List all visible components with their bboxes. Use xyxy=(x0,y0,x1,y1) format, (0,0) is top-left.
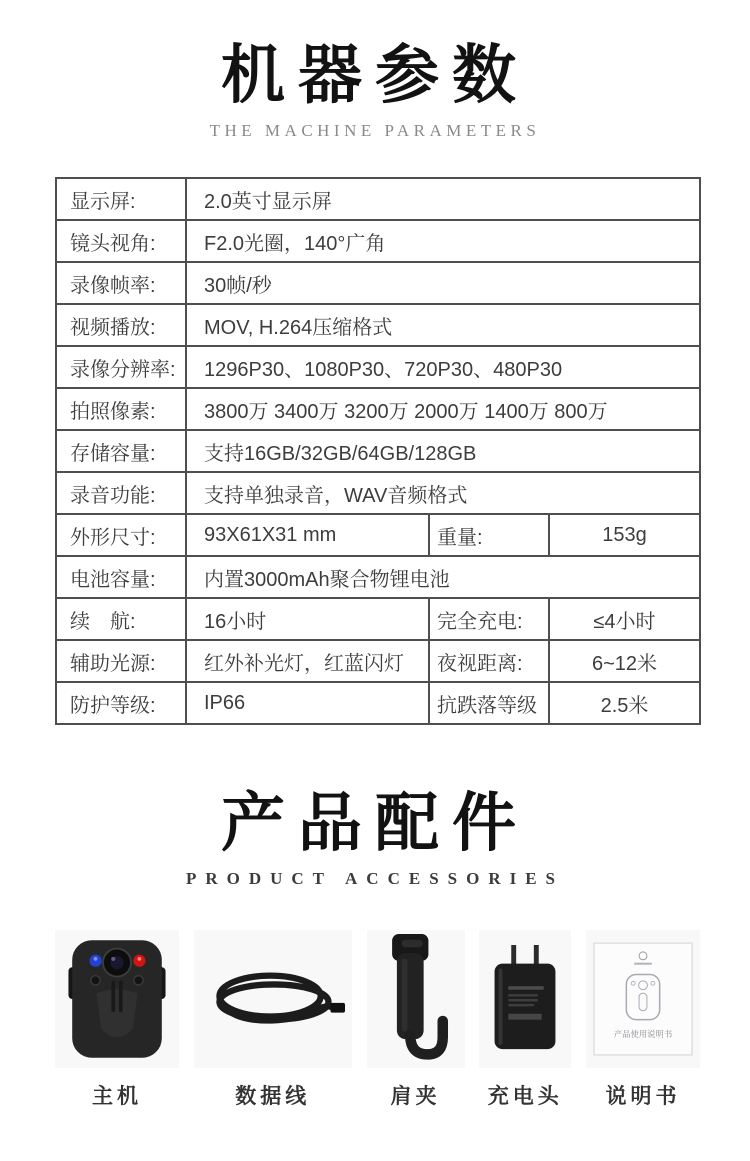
spec-label-cell: 录音功能: xyxy=(57,473,187,515)
product-spec-page: 机器参数 THE MACHINE PARAMETERS 显示屏: 2.0英寸显示… xyxy=(0,0,750,1161)
accessory-label: 说明书 xyxy=(606,1080,681,1110)
spec-value-cell: 红外补光灯，红蓝闪灯 xyxy=(187,641,430,683)
spec-label-cell: 续 航: xyxy=(57,599,187,641)
product-accessories-subtitle: PRODUCT ACCESSORIES xyxy=(0,869,750,889)
spec-value-cell: 支持16GB/32GB/64GB/128GB xyxy=(187,431,701,473)
body-camera-icon xyxy=(55,930,179,1068)
spec-value-cell: 2.5米 xyxy=(550,683,701,725)
machine-parameters-subtitle: THE MACHINE PARAMETERS xyxy=(0,121,750,141)
charger-icon xyxy=(479,930,571,1068)
spec-label-cell: 显示屏: xyxy=(57,179,187,221)
spec-label-cell: 防护等级: xyxy=(57,683,187,725)
spec-value-cell: 支持单独录音，WAV音频格式 xyxy=(187,473,701,515)
accessory-label: 充电头 xyxy=(488,1080,563,1110)
manual-cover-text: 产品使用说明书 xyxy=(614,1029,673,1039)
spec-label-cell: 辅助光源: xyxy=(57,641,187,683)
spec-label-cell: 完全充电: xyxy=(430,599,550,641)
usb-cable-icon xyxy=(194,930,352,1068)
spec-label-cell: 重量: xyxy=(430,515,550,557)
spec-label-cell: 录像分辨率: xyxy=(57,347,187,389)
spec-value-cell: 2.0英寸显示屏 xyxy=(187,179,701,221)
spec-value-cell: 6~12米 xyxy=(550,641,701,683)
spec-label-cell: 拍照像素: xyxy=(57,389,187,431)
spec-label-cell: 视频播放: xyxy=(57,305,187,347)
shoulder-clip-icon xyxy=(367,930,465,1068)
spec-value-cell: ≤4小时 xyxy=(550,599,701,641)
spec-label-cell: 电池容量: xyxy=(57,557,187,599)
spec-value-cell: 内置3000mAh聚合物锂电池 xyxy=(187,557,701,599)
accessory-label: 主机 xyxy=(92,1080,142,1110)
accessory-item-clip: 肩夹 xyxy=(367,930,465,1110)
accessory-item-manual: 产品使用说明书 说明书 xyxy=(586,930,700,1110)
accessory-label: 肩夹 xyxy=(391,1080,441,1110)
accessory-label: 数据线 xyxy=(235,1080,310,1110)
product-accessories-title: 产品配件 xyxy=(0,788,750,858)
spec-value-cell: MOV, H.264压缩格式 xyxy=(187,305,701,347)
accessory-item-main-unit: 主机 xyxy=(55,930,179,1110)
spec-value-cell: 30帧/秒 xyxy=(187,263,701,305)
spec-label-cell: 镜头视角: xyxy=(57,221,187,263)
spec-table: 显示屏: 2.0英寸显示屏 镜头视角: F2.0光圈，140°广角 录像帧率: … xyxy=(55,177,701,725)
accessories-strip: 主机 数据线 xyxy=(55,930,700,1110)
accessory-item-cable: 数据线 xyxy=(194,930,352,1110)
spec-value-cell: IP66 xyxy=(187,683,430,725)
spec-label-cell: 抗跌落等级 xyxy=(430,683,550,725)
spec-label-cell: 夜视距离: xyxy=(430,641,550,683)
spec-value-cell: 3800万 3400万 3200万 2000万 1400万 800万 xyxy=(187,389,701,431)
spec-label-cell: 外形尺寸: xyxy=(57,515,187,557)
spec-value-cell: 16小时 xyxy=(187,599,430,641)
manual-icon: 产品使用说明书 xyxy=(586,930,700,1068)
spec-label-cell: 录像帧率: xyxy=(57,263,187,305)
accessory-item-charger: 充电头 xyxy=(479,930,571,1110)
spec-value-cell: 1296P30、1080P30、720P30、480P30 xyxy=(187,347,701,389)
spec-value-cell: 153g xyxy=(550,515,701,557)
spec-value-cell: 93X61X31 mm xyxy=(187,515,430,557)
spec-value-cell: F2.0光圈，140°广角 xyxy=(187,221,701,263)
spec-label-cell: 存储容量: xyxy=(57,431,187,473)
machine-parameters-title: 机器参数 xyxy=(0,40,750,110)
